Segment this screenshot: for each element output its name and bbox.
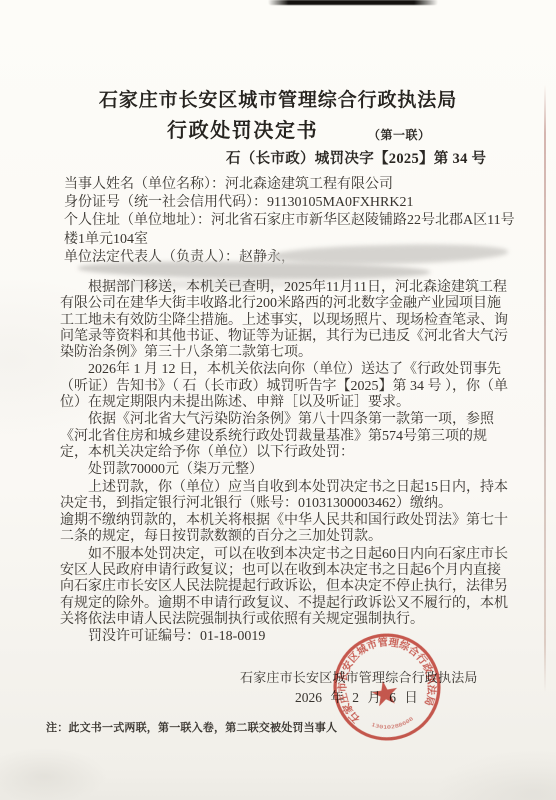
document-number: 石（长市政）城罚决字【2025】第 34 号 xyxy=(226,147,486,168)
body-paragraph: 根据部门移送，本机关已查明，2025年11月11日，河北森途建筑工程有限公司在建… xyxy=(60,280,512,361)
party-info-line: 当事人姓名（单位名称）：河北森途建筑工程有限公司 xyxy=(64,176,516,194)
party-info-line: 个人住址（单位地址）：河北省石家庄市新华区赵陵铺路22号北郡A区11号楼1单元1… xyxy=(64,212,516,248)
party-info-line: 身份证号（统一社会信用代码）：91130105MA0FXHRK21 xyxy=(64,194,516,212)
body-paragraph: 逾期不缴纳罚款的，本机关将根据《中华人民共和国行政处罚法》第七十二条的规定，每日… xyxy=(60,513,512,546)
official-seal-graphic: 石家庄市长安区城市管理综合行政执法局 13010288608 ★ xyxy=(322,622,452,752)
body-paragraph: 如不服本处罚决定，可以在收到本决定书之日起60日内向石家庄市长安区人民政府申请行… xyxy=(60,547,512,628)
official-seal: 石家庄市长安区城市管理综合行政执法局 13010288608 ★ xyxy=(322,622,452,752)
page-edge-line xyxy=(544,84,546,692)
body-paragraph: 2026年 1 月 12 日，本机关依法向你（单位）送达了《行政处罚事先（听证）… xyxy=(60,362,512,411)
body-paragraph: 上述罚款，你（单位）应当自收到本处罚决定书之日起15日内，持本决定书，到指定银行… xyxy=(60,480,512,513)
scanned-document-page: 石家庄市长安区城市管理综合行政执法局 行政处罚决定书 （第一联） 石（长市政）城… xyxy=(0,0,556,800)
copy-label: （第一联） xyxy=(368,126,431,143)
decision-body: 根据部门移送，本机关已查明，2025年11月11日，河北森途建筑工程有限公司在建… xyxy=(60,280,512,647)
seal-star-icon: ★ xyxy=(367,674,403,716)
body-paragraph: 处罚款70000元（柒万元整） xyxy=(60,462,512,478)
seal-code-digits: 13010288608 xyxy=(369,714,416,734)
body-paragraph: 罚没许可证编号：01-18-0019 xyxy=(60,629,512,645)
agency-title: 石家庄市长安区城市管理综合行政执法局 xyxy=(0,85,556,112)
document-title: 行政处罚决定书 xyxy=(167,114,318,143)
body-paragraph: 依据《河北省大气污染防治条例》第八十四条第一款第一项，参照《河北省住房和城乡建设… xyxy=(60,412,512,461)
scan-artifact-top-bar xyxy=(268,0,438,5)
footer-note: 注：此文书一式两联，第一联入卷，第二联交被处罚当事人 xyxy=(46,719,337,735)
